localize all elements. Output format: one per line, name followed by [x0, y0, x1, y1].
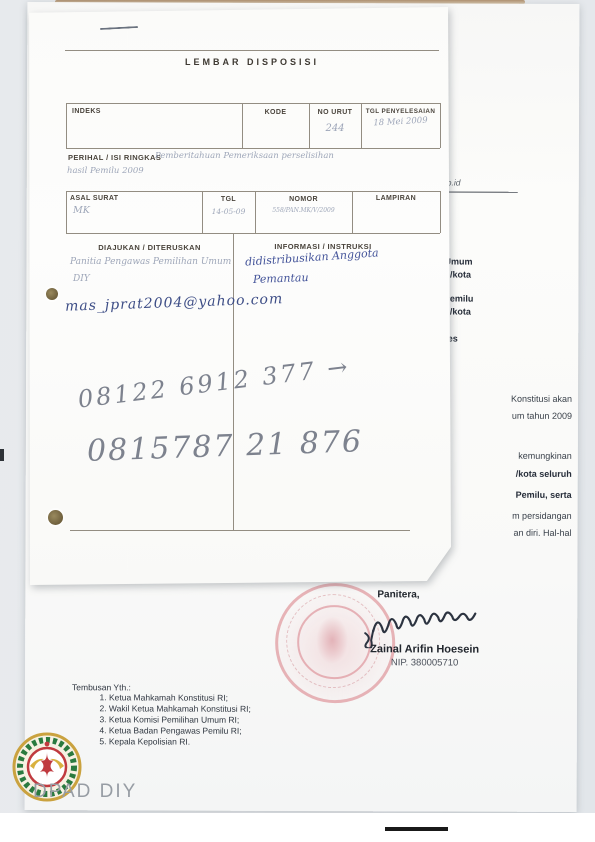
- no-urut-label: NO URUT: [309, 109, 361, 116]
- nomor-label: NOMOR: [255, 196, 352, 203]
- tembusan-item: Ketua Mahkamah Konstitusi RI;: [109, 692, 369, 704]
- indeks-label: INDEKS: [72, 108, 101, 115]
- signature-scribble: [343, 603, 503, 649]
- under-doc-body-fragment: an diri. Hal-hal: [436, 527, 572, 537]
- top-pen-scribble: [100, 26, 138, 30]
- tembusan-list: Ketua Mahkamah Konstitusi RI; Wakil Ketu…: [85, 692, 369, 748]
- kode-label: KODE: [242, 109, 309, 116]
- diajukan-value-line1: Panitia Pengawas Pemilihan Umum: [70, 257, 231, 267]
- handwritten-phone-1: 08122 6912 377 →: [76, 352, 352, 413]
- table-border: [66, 103, 440, 104]
- disposition-form-paper: LEMBAR DISPOSISI INDEKS KODE NO URUT TGL…: [27, 7, 451, 587]
- asal-surat-label: ASAL SURAT: [70, 195, 118, 202]
- perihal-label: PERIHAL / ISI RINGKAS: [68, 153, 161, 162]
- photo-bottom-margin: [0, 813, 595, 842]
- edge-artifact-mark: [0, 449, 4, 461]
- under-doc-body-fragment: Konstitusi akan: [436, 393, 572, 403]
- tembusan-item: Ketua Komisi Pemilihan Umum RI;: [109, 714, 369, 726]
- perihal-value-line2: hasil Pemilu 2009: [67, 166, 144, 176]
- under-doc-body-fragment: kemungkinan: [436, 450, 572, 460]
- tembusan-item: Ketua Badan Pengawas Pemilu RI;: [109, 725, 369, 737]
- under-doc-body-fragment: m persidangan: [436, 510, 572, 520]
- table-border: [66, 191, 440, 192]
- no-urut-value: 244: [309, 123, 361, 134]
- table-border: [440, 103, 441, 148]
- hole-punch: [48, 510, 63, 525]
- tembusan-item: Kepala Kepolisian RI.: [109, 736, 369, 748]
- lampiran-label: LAMPIRAN: [352, 195, 440, 202]
- dpad-diy-watermark: DPAD DIY: [33, 781, 137, 803]
- handwritten-phone-2: 0815787 21 876: [86, 424, 363, 469]
- asal-surat-value: MK: [73, 205, 90, 216]
- form-bottom-rule: [70, 530, 410, 531]
- diajukan-value-line2: DIY: [73, 274, 90, 284]
- signatory-name: Zainal Arifin Hoesein: [347, 643, 502, 656]
- form-top-rule: [65, 50, 439, 51]
- bottom-black-bar: [385, 827, 448, 831]
- under-doc-body-fragment: Pemilu, serta: [436, 489, 572, 499]
- disposition-form-surface: LEMBAR DISPOSISI INDEKS KODE NO URUT TGL…: [27, 7, 451, 585]
- table-border: [66, 148, 440, 149]
- nomor-value: 558/PAN.MK/V/2009: [255, 207, 352, 214]
- tgl-penyelesaian-value: 18 Mei 2009: [361, 115, 440, 129]
- hole-punch: [46, 288, 58, 300]
- table-border: [66, 191, 67, 233]
- tembusan-item: Wakil Ketua Mahkamah Konstitusi RI;: [109, 703, 369, 715]
- under-doc-body-fragment: um tahun 2009: [436, 410, 572, 420]
- diajukan-label: DIAJUKAN / DITERUSKAN: [66, 243, 233, 252]
- tgl-label: TGL: [202, 196, 255, 203]
- table-border: [440, 191, 441, 233]
- tembusan-heading: Tembusan Yth.:: [72, 682, 131, 692]
- tgl-value: 14-05-09: [202, 207, 255, 216]
- table-border: [66, 233, 440, 234]
- informasi-value-line2: Pemantau: [253, 271, 309, 286]
- perihal-value-line1: Pemberitahuan Pemeriksaan perselisihan: [155, 151, 334, 161]
- signatory-nip: NIP. 380005710: [347, 657, 502, 669]
- form-title: LEMBAR DISPOSISI: [65, 57, 439, 67]
- tgl-penyelesaian-label: TGL PENYELESAIAN: [361, 108, 440, 115]
- handwritten-email: mas_jprat2004@yahoo.com: [65, 291, 284, 315]
- signatory-role: Panitera,: [377, 589, 467, 600]
- table-border: [66, 103, 67, 148]
- under-doc-body-fragment: /kota seluruh: [436, 468, 572, 478]
